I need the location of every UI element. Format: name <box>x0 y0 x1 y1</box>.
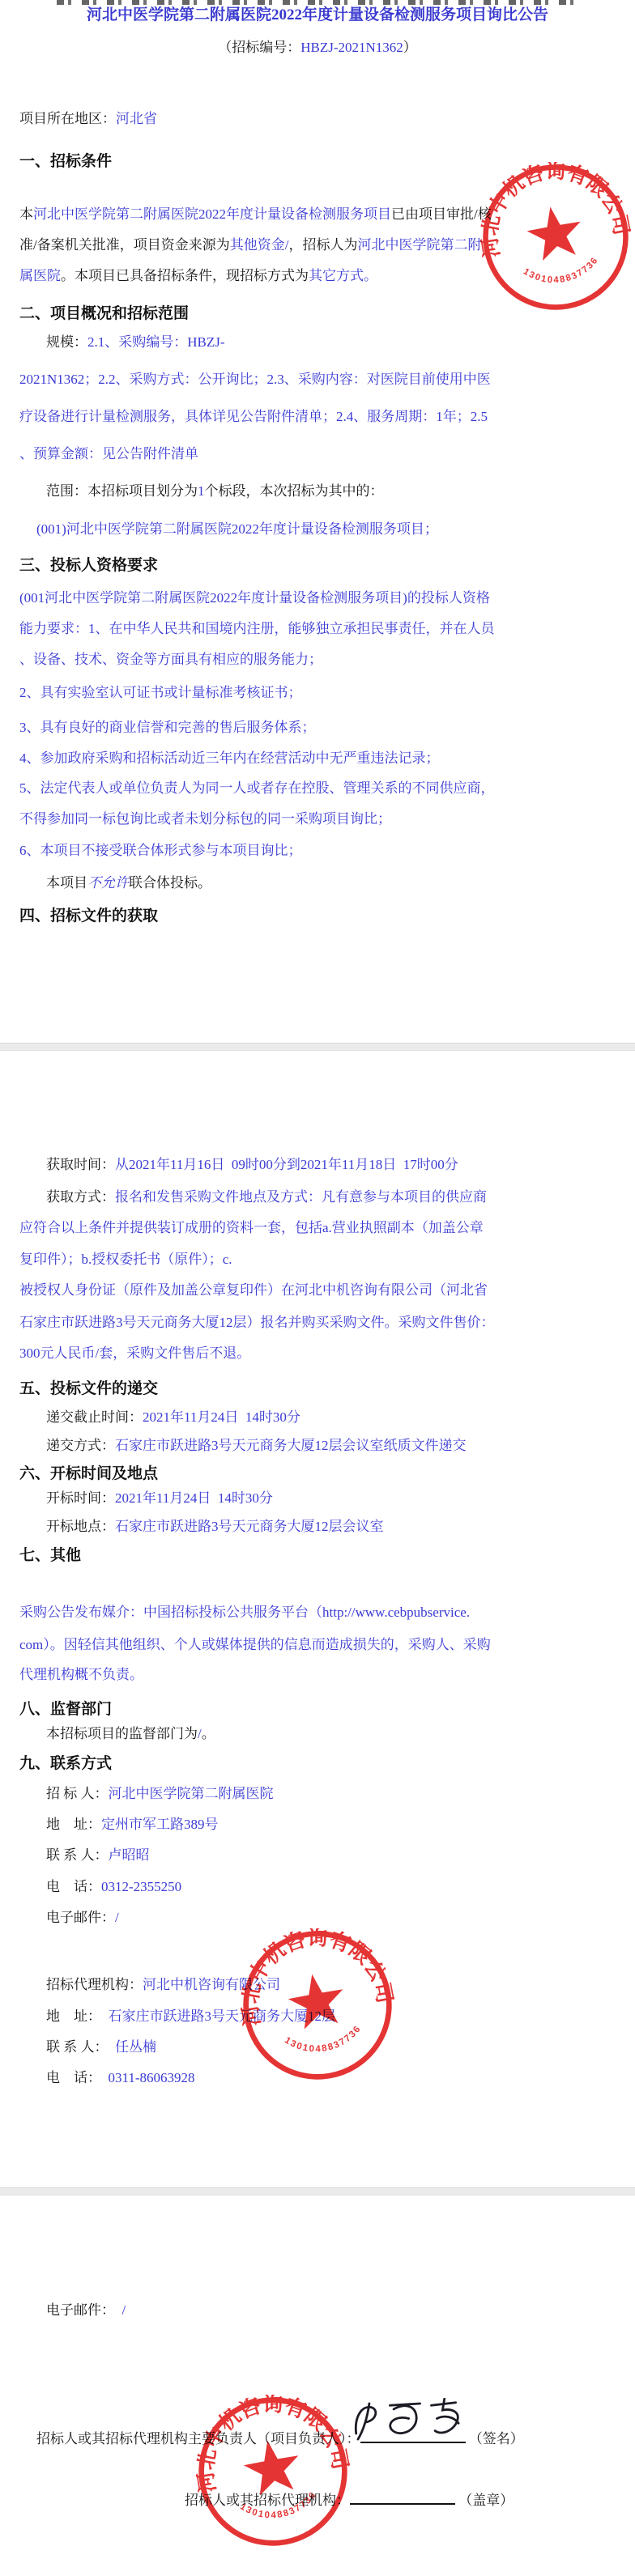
tenderer-email-line: 电子邮件：/ <box>46 1909 119 1927</box>
paragraph-line: 复印件）；b.授权委托书（原件）；c. <box>19 1251 232 1269</box>
tenderer-phone-line: 电 话：0312-2355250 <box>46 1878 181 1896</box>
qualification-line: 不得参加同一标包询比或者未划分标包的同一采购项目询比； <box>19 810 391 828</box>
obtain-method-line: 获取方式：报名和发售采购文件地点及方式：凡有意参与本项目的供应商 <box>46 1188 487 1206</box>
scale-line: 规模：2.1、采购编号：HBZJ- <box>46 334 225 351</box>
page-title: 河北中医学院第二附属医院2022年度计量设备检测服务项目询比公告 <box>0 6 635 24</box>
paragraph-line: 2021N1362；2.2、采购方式：公开询比；2.3、采购内容：对医院目前使用… <box>19 371 491 389</box>
stamp-star-icon <box>240 2436 304 2497</box>
paragraph-line: 准/备案机关批准，项目资金来源为其他资金/，招标人为河北中医学院第二附 <box>19 236 481 254</box>
stamp-code: 1301048837736 <box>282 2022 367 2060</box>
qualification-line: 4、参加政府采购和招标活动近三年内在经营活动中无严重违法记录； <box>19 750 440 767</box>
section-heading-5: 五、投标文件的递交 <box>19 1376 158 1398</box>
seal-suffix: （盖章） <box>458 2493 514 2508</box>
company-stamp: 河北中机咨询有限公司 1301048837736 <box>241 1928 394 2082</box>
section-heading-6: 六、开标时间及地点 <box>19 1461 158 1483</box>
qualification-line: 能力要求：1、在中华人民共和国境内注册，能够独立承担民事责任，并在人员 <box>19 620 495 638</box>
section-heading-3: 三、投标人资格要求 <box>19 553 158 575</box>
qualification-line: 5、法定代表人或单位负责人为同一人或者存在控股、管理关系的不同供应商， <box>19 780 495 797</box>
region-label: 项目所在地区： <box>19 111 116 126</box>
previous-page-clipped-text <box>57 0 583 5</box>
stamp-code: 1301048837736 <box>520 254 603 291</box>
scope-line: 范围：本招标项目划分为1个标段，本次招标为其中的： <box>46 482 384 500</box>
lot-line: (001)河北中医学院第二附属医院2022年度计量设备检测服务项目； <box>36 521 438 538</box>
submission-deadline-line: 递交截止时间：2021年11月24日 14时30分 <box>46 1409 300 1426</box>
media-line: 代理机构概不负责。 <box>19 1666 143 1684</box>
agency-email-line: 电子邮件： / <box>46 2302 126 2319</box>
svg-text:1301048837736: 1301048837736 <box>282 2022 367 2060</box>
obtain-time-line: 获取时间：从2021年11月16日 09时00分到2021年11月18日 17时… <box>46 1156 458 1174</box>
media-line: com）。因轻信其他组织、个人或媒体提供的信息而造成损失的，采购人、采购 <box>19 1636 491 1654</box>
joint-venture-line: 本项目不允许联合体投标。 <box>46 874 211 892</box>
qualification-line: 3、具有良好的商业信誉和完善的售后服务体系； <box>19 719 316 737</box>
section-heading-2: 二、项目概况和招标范围 <box>19 301 189 323</box>
media-line: 采购公告发布媒介：中国招标投标公共服务平台（http://www.cebpubs… <box>19 1604 470 1622</box>
section-heading-8: 八、监督部门 <box>19 1697 112 1719</box>
company-stamp: 河北中机咨询有限公司 1301048837736 <box>196 2395 350 2548</box>
section-heading-7: 七、其他 <box>19 1543 81 1565</box>
agency-phone-line: 电 话： 0311-86063928 <box>46 2069 195 2087</box>
svg-text:1301048837736: 1301048837736 <box>520 254 603 291</box>
qualification-line: 、设备、技术、资金等方面具有相应的服务能力； <box>19 651 322 669</box>
paragraph-line: 被授权人身份证（原件及加盖公章复印件）在河北中机咨询有限公司（河北省 <box>19 1282 488 1299</box>
section-heading-9: 九、联系方式 <box>19 1751 112 1773</box>
svg-text:1301048837736: 1301048837736 <box>237 2489 322 2527</box>
stamp-code: 1301048837736 <box>237 2489 322 2527</box>
submission-method-line: 递交方式：石家庄市跃进路3号天元商务大厦12层会议室纸质文件递交 <box>46 1437 467 1455</box>
paragraph-line: 300元人民币/套，采购文件售后不退。 <box>19 1345 250 1362</box>
tenderer-name-line: 招 标 人：河北中医学院第二附属医院 <box>46 1785 274 1803</box>
agency-contact-line: 联 系 人： 任丛楠 <box>46 2038 156 2056</box>
opening-time-line: 开标时间：2021年11月24日 14时30分 <box>46 1490 273 1507</box>
stamp-star-icon <box>523 202 586 263</box>
qualification-line: 2、具有实验室认可证书或计量标准考核证书； <box>19 684 302 702</box>
seal-blank-line <box>350 2490 455 2505</box>
region-value: 河北省 <box>116 111 157 126</box>
stamp-star-icon <box>284 1970 348 2031</box>
qualification-line: (001河北中医学院第二附属医院2022年度计量设备检测服务项目)的投标人资格 <box>19 589 490 607</box>
opening-place-line: 开标地点：石家庄市跃进路3号天元商务大厦12层会议室 <box>46 1518 384 1536</box>
page-break-divider <box>0 2187 635 2196</box>
paragraph-line: 、预算金额：见公告附件清单 <box>19 445 198 463</box>
project-region-line: 项目所在地区：河北省 <box>19 110 157 128</box>
paragraph-line: 应符合以上条件并提供装订成册的资料一套，包括a.营业执照副本（加盖公章 <box>19 1219 484 1237</box>
not-allowed-text: 不允许 <box>87 875 129 891</box>
announcement-page: 河北中医学院第二附属医院2022年度计量设备检测服务项目询比公告 （招标编号：H… <box>0 0 635 2576</box>
tenderer-address-line: 地 址：定州市军工路389号 <box>46 1816 219 1834</box>
company-stamp: 河北中机咨询有限公司 1301048837736 <box>480 162 631 312</box>
handwritten-signature <box>348 2398 462 2445</box>
obtain-time-label: 获取时间： <box>46 1157 115 1172</box>
tender-number-line: （招标编号：HBZJ-2021N1362） <box>0 39 635 57</box>
scale-label: 规模： <box>46 334 87 350</box>
tenderer-contact-line: 联 系 人：卢昭昭 <box>46 1847 150 1864</box>
qualification-line: 6、本项目不接受联合体形式参与本项目询比； <box>19 842 302 860</box>
signature-suffix: （签名） <box>469 2431 524 2446</box>
paragraph-line: 属医院。本项目已具备招标条件，现招标方式为其它方式。 <box>19 267 377 285</box>
page-break-divider <box>0 1043 635 1051</box>
supervision-line: 本招标项目的监督部门为/。 <box>46 1725 215 1743</box>
tender-number-value: HBZJ-2021N1362 <box>300 40 403 55</box>
paragraph-line: 石家庄市跃进路3号天元商务大厦12层）报名并购买采购文件。采购文件售价： <box>19 1314 495 1332</box>
paragraph-line: 本河北中医学院第二附属医院2022年度计量设备检测服务项目已由项目审批/核 <box>19 206 492 223</box>
section-heading-4: 四、招标文件的获取 <box>19 903 158 925</box>
obtain-method-label: 获取方式： <box>46 1189 115 1205</box>
section-heading-1: 一、招标条件 <box>19 149 112 171</box>
paragraph-line: 疗设备进行计量检测服务，具体详见公告附件清单；2.4、服务周期：1年；2.5 <box>19 408 488 426</box>
tender-number-label: （招标编号： <box>218 40 300 55</box>
